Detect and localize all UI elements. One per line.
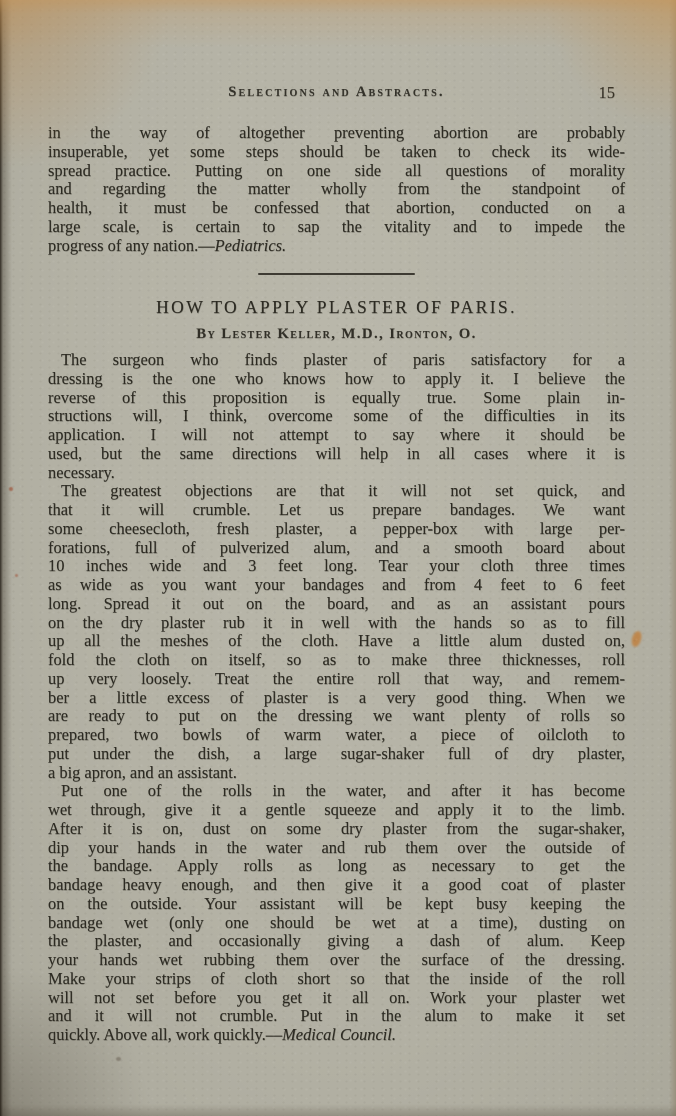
text-line: up very loosely. Treat the entire roll t… (48, 670, 625, 689)
text-line: your hands wet rubbing them over the sur… (48, 951, 625, 970)
text-line: put under the dish, a large sugar-shaker… (48, 745, 625, 764)
text-line: on the outside. Your assistant will be k… (48, 895, 625, 914)
paper-speck (116, 1057, 121, 1061)
text-line: that it will crumble. Let us prepare ban… (48, 501, 625, 520)
paper-speck (15, 574, 18, 577)
text-line: insuperable, yet some steps should be ta… (48, 143, 625, 162)
text-line: wet through, give it a gentle squeeze an… (48, 801, 625, 820)
text-line: bandage wet (only one should be wet at a… (48, 914, 625, 933)
text-line: After it is on, dust on some dry plaster… (48, 820, 625, 839)
article-paragraph: The greatest objections are that it will… (48, 482, 625, 782)
article-byline: By Lester Keller, M.D., Ironton, O. (48, 326, 625, 343)
text-line: used, but the same directions will help … (48, 445, 625, 464)
text-line: as wide as you want your bandages and fr… (48, 576, 625, 595)
text-line: a big apron, and an assistant. (48, 764, 625, 783)
scanned-book-page: Selections and Abstracts. 15 in the way … (0, 0, 676, 1116)
text-line: fold the cloth on itself, so as to make … (48, 651, 625, 670)
text-line: progress of any nation.—Pediatrics. (48, 237, 625, 256)
running-title: Selections and Abstracts. (48, 84, 625, 101)
text-line: reverse of this proposition is equally t… (48, 389, 625, 408)
page-header: Selections and Abstracts. 15 (48, 84, 625, 104)
text-line: and regarding the matter wholly from the… (48, 180, 625, 199)
text-line: The surgeon who finds plaster of paris s… (48, 351, 625, 370)
text-line: health, it must be confessed that aborti… (48, 199, 625, 218)
text-line: dip your hands in the water and rub them… (48, 839, 625, 858)
text-line: dressing is the one who knows how to app… (48, 370, 625, 389)
text-line: spread practice. Putting on one side all… (48, 162, 625, 181)
article-paragraph: The surgeon who finds plaster of paris s… (48, 351, 625, 482)
text-line: Put one of the rolls in the water, and a… (48, 782, 625, 801)
text-line: ber a little excess of plaster is a very… (48, 689, 625, 708)
text-line: bandage heavy enough, and then give it a… (48, 876, 625, 895)
text-line: some cheesecloth, fresh plaster, a peppe… (48, 520, 625, 539)
text-line: and it will not crumble. Put in the alum… (48, 1007, 625, 1026)
text-line: will not set before you get it all on. W… (48, 989, 625, 1008)
text-line: 10 inches wide and 3 feet long. Tear you… (48, 557, 625, 576)
text-line: large scale, is certain to sap the vital… (48, 218, 625, 237)
text-line: forations, full of pulverized alum, and … (48, 539, 625, 558)
text-line: necessary. (48, 464, 625, 483)
stain-mark (630, 630, 643, 648)
text-line: The greatest objections are that it will… (48, 482, 625, 501)
text-line: up all the meshes of the cloth. Have a l… (48, 632, 625, 651)
page-number: 15 (599, 83, 616, 103)
previous-article-paragraph: in the way of altogether preventing abor… (48, 124, 625, 255)
text-line: in the way of altogether preventing abor… (48, 124, 625, 143)
text-line: prepared, two bowls of warm water, a pie… (48, 726, 625, 745)
text-line: structions will, I think, overcome some … (48, 407, 625, 426)
text-line: long. Spread it out on the board, and as… (48, 595, 625, 614)
text-line: are ready to put on the dressing we want… (48, 707, 625, 726)
paper-speck (9, 487, 13, 491)
text-line: quickly. Above all, work quickly.—Medica… (48, 1026, 625, 1045)
text-line: Make your strips of cloth short so that … (48, 970, 625, 989)
article-title: HOW TO APPLY PLASTER OF PARIS. (48, 297, 625, 318)
section-divider-rule (258, 273, 415, 275)
text-line: the bandage. Apply rolls as long as nece… (48, 857, 625, 876)
text-line: the plaster, and occasionally giving a d… (48, 932, 625, 951)
article-paragraph: Put one of the rolls in the water, and a… (48, 782, 625, 1045)
text-line: application. I will not attempt to say w… (48, 426, 625, 445)
article-body: The surgeon who finds plaster of paris s… (48, 351, 625, 1045)
text-line: on the dry plaster rub it in well with t… (48, 614, 625, 633)
